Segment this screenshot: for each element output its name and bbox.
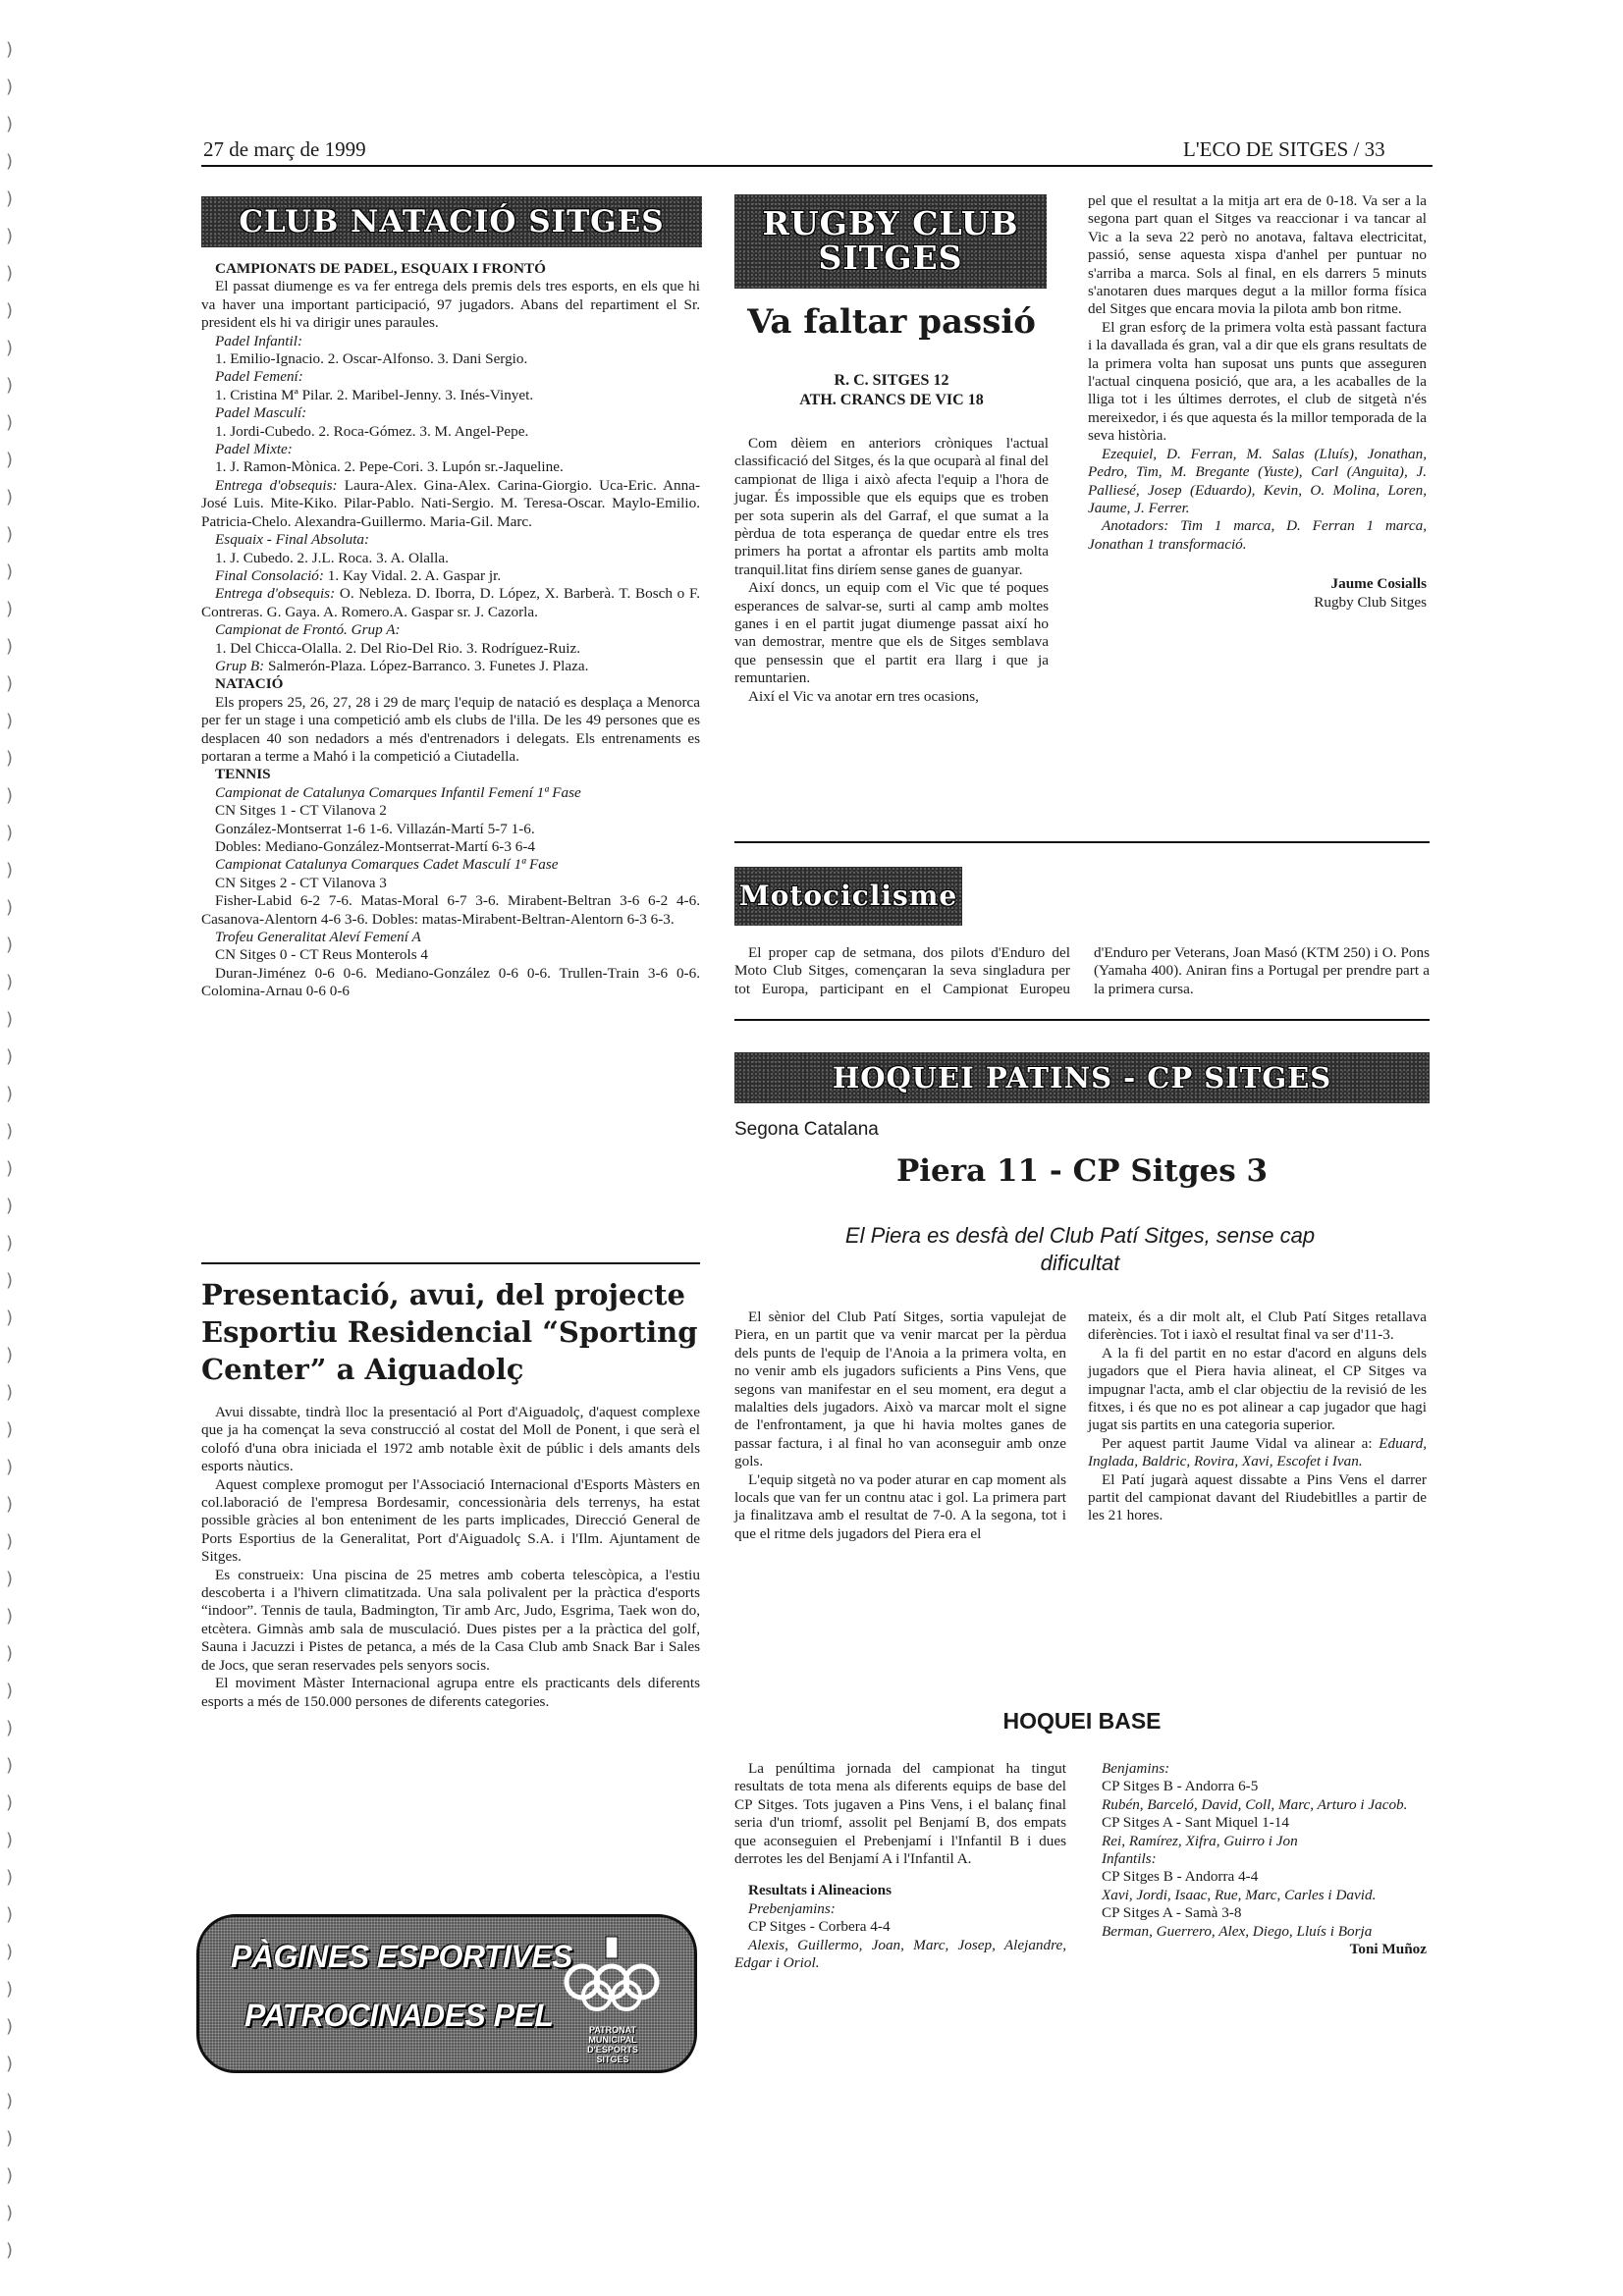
hoquei-subhead: El Piera es desfà del Club Patí Sitges, … <box>844 1222 1316 1277</box>
binder-hole-icon: ) <box>6 2203 13 2223</box>
article-paragraph: pel que el resultat a la mitja art era d… <box>1088 192 1427 319</box>
tennis-results: Fisher-Labid 6-2 7-6. Matas-Moral 6-7 3-… <box>201 892 700 929</box>
article-paragraph: Aquest complexe promogut per l'Associaci… <box>201 1476 700 1567</box>
consolacio-results: Final Consolació: 1. Kay Vidal. 2. A. Ga… <box>201 567 700 585</box>
binder-hole-icon: ) <box>6 599 13 619</box>
binder-hole-icon: ) <box>6 561 13 582</box>
binder-hole-icon: ) <box>6 1457 13 1477</box>
category-label: Prebenjamins: <box>734 1900 1066 1918</box>
moto-article: El proper cap de setmana, dos pilots d'E… <box>734 944 1430 998</box>
category-results: 1. Del Chicca-Olalla. 2. Del Rio-Del Rio… <box>201 640 700 658</box>
author-org: Rugby Club Sitges <box>1088 594 1427 612</box>
binder-hole-icon: ) <box>6 748 13 769</box>
binder-hole-icon: ) <box>6 1084 13 1104</box>
section-divider <box>201 1262 700 1264</box>
binder-hole-icon: ) <box>6 1345 13 1365</box>
binder-hole-icon: ) <box>6 860 13 881</box>
binder-hole-icon: ) <box>6 1681 13 1701</box>
patronat-logo-text: PATRONAT MUNICIPAL D'ESPORTS SITGES <box>578 2025 647 2064</box>
binder-margin: ))))))))))))))))))))))))))))))))))))))))… <box>0 0 26 2296</box>
section-divider <box>734 841 1430 843</box>
article-paragraph: Es construeix: Una piscina de 25 metres … <box>201 1567 700 1675</box>
article-paragraph: El gran esforç de la primera volta està … <box>1088 319 1427 446</box>
league-name: Segona Catalana <box>734 1119 879 1141</box>
match-score: CP Sitges B - Andorra 4-4 <box>1088 1868 1427 1886</box>
article-paragraph: Així doncs, un equip com el Vic que té p… <box>734 579 1049 687</box>
binder-hole-icon: ) <box>6 1270 13 1291</box>
article-paragraph: Com dèiem en anteriors cròniques l'actua… <box>734 435 1049 579</box>
category-label: Esquaix - Final Absoluta: <box>201 531 700 549</box>
section-banner-rugby: RUGBY CLUB SITGES <box>734 194 1047 289</box>
binder-hole-icon: ) <box>6 972 13 992</box>
binder-hole-icon: ) <box>6 1606 13 1627</box>
sporting-article: Avui dissabte, tindrà lloc la presentaci… <box>201 1404 700 1711</box>
binder-hole-icon: ) <box>6 1419 13 1440</box>
category-label: Campionat de Frontó. Grup A: <box>201 621 700 639</box>
rugby-column-2: pel que el resultat a la mitja art era d… <box>1088 192 1427 612</box>
banner-title: Motociclisme <box>739 881 958 910</box>
sporting-headline: Presentació, avui, del projecte Esportiu… <box>201 1276 702 1388</box>
hoquei-lineup: Per aquest partit Jaume Vidal va alinear… <box>1088 1435 1427 1471</box>
category-results: 1. Jordi-Cubedo. 2. Roca-Gómez. 3. M. An… <box>201 423 700 441</box>
binder-hole-icon: ) <box>6 188 13 209</box>
category-label: Benjamins: <box>1088 1760 1427 1778</box>
binder-hole-icon: ) <box>6 524 13 545</box>
hoquei-column-1: El sènior del Club Patí Sitges, sortia v… <box>734 1308 1066 1543</box>
binder-hole-icon: ) <box>6 1009 13 1030</box>
binder-hole-icon: ) <box>6 1643 13 1664</box>
tennis-competition: Campionat de Catalunya Comarques Infanti… <box>201 784 700 802</box>
player-list: Berman, Guerrero, Alex, Diego, Lluís i B… <box>1088 1923 1427 1941</box>
natacio-subhead: CAMPIONATS DE PADEL, ESQUAIX I FRONTÓ <box>201 260 700 278</box>
binder-hole-icon: ) <box>6 636 13 657</box>
next-match: El Patí jugarà aquest dissabte a Pins Ve… <box>1088 1471 1427 1525</box>
tennis-competition: Trofeu Generalitat Aleví Femení A <box>201 929 700 946</box>
binder-hole-icon: ) <box>6 823 13 843</box>
tennis-competition: Campionat Catalunya Comarques Cadet Masc… <box>201 856 700 874</box>
binder-hole-icon: ) <box>6 412 13 433</box>
natacio-article: CAMPIONATS DE PADEL, ESQUAIX I FRONTÓ El… <box>201 260 700 1001</box>
binder-hole-icon: ) <box>6 2165 13 2186</box>
binder-hole-icon: ) <box>6 2016 13 2037</box>
match-score: CP Sitges - Corbera 4-4 <box>734 1918 1066 1936</box>
score-away: ATH. CRANCS DE VIC 18 <box>734 391 1049 410</box>
binder-hole-icon: ) <box>6 1382 13 1403</box>
binder-hole-icon: ) <box>6 1046 13 1067</box>
ad-line-1: PÀGINES ESPORTIVES <box>231 1939 572 1975</box>
player-list: Rubén, Barceló, David, Coll, Marc, Artur… <box>1088 1796 1427 1814</box>
binder-hole-icon: ) <box>6 1718 13 1738</box>
tennis-score: CN Sitges 0 - CT Reus Monterols 4 <box>201 946 700 964</box>
hoquei-base-title: HOQUEI BASE <box>734 1708 1430 1735</box>
article-paragraph: El sènior del Club Patí Sitges, sortia v… <box>734 1308 1066 1471</box>
article-paragraph: El proper cap de setmana, dos pilots d'E… <box>734 944 1430 998</box>
binder-hole-icon: ) <box>6 338 13 358</box>
page-date: 27 de març de 1999 <box>203 137 366 162</box>
hoquei-headline: Piera 11 - CP Sitges 3 <box>734 1153 1430 1189</box>
ad-line-2: PATROCINADES PEL <box>244 1998 553 2034</box>
tennis-results: Duran-Jiménez 0-6 0-6. Mediano-González … <box>201 965 700 1001</box>
binder-hole-icon: ) <box>6 2091 13 2111</box>
category-results: 1. Emilio-Ignacio. 2. Oscar-Alfonso. 3. … <box>201 350 700 368</box>
category-results: 1. Cristina Mª Pilar. 2. Maribel-Jenny. … <box>201 387 700 404</box>
header-rule <box>201 165 1433 167</box>
obsequis-esquaix: Entrega d'obsequis: O. Nebleza. D. Iborr… <box>201 585 700 621</box>
section-divider <box>734 1019 1430 1021</box>
banner-title: RUGBY CLUB SITGES <box>734 207 1047 275</box>
binder-hole-icon: ) <box>6 1121 13 1142</box>
binder-hole-icon: ) <box>6 1942 13 1962</box>
rugby-lineup: Ezequiel, D. Ferran, M. Salas (Lluís), J… <box>1088 446 1427 518</box>
binder-hole-icon: ) <box>6 1196 13 1216</box>
binder-hole-icon: ) <box>6 785 13 806</box>
binder-hole-icon: ) <box>6 711 13 731</box>
binder-hole-icon: ) <box>6 375 13 396</box>
article-paragraph: L'equip sitgetà no va poder aturar en ca… <box>734 1471 1066 1544</box>
binder-hole-icon: ) <box>6 1979 13 2000</box>
section-banner-natacio: CLUB NATACIÓ SITGES <box>201 196 702 247</box>
article-paragraph: La penúltima jornada del campionat ha ti… <box>734 1760 1066 1868</box>
article-paragraph: El moviment Màster Internacional agrupa … <box>201 1675 700 1711</box>
category-results: 1. J. Cubedo. 2. J.L. Roca. 3. A. Olalla… <box>201 550 700 567</box>
score-home: R. C. SITGES 12 <box>734 371 1049 391</box>
binder-hole-icon: ) <box>6 1494 13 1515</box>
category-label: Padel Masculí: <box>201 404 700 422</box>
article-paragraph: Així el Vic va anotar ern tres ocasions, <box>734 688 1049 706</box>
binder-hole-icon: ) <box>6 263 13 284</box>
section-banner-moto: Motociclisme <box>734 867 962 926</box>
binder-hole-icon: ) <box>6 487 13 507</box>
player-list: Xavi, Jordi, Isaac, Rue, Marc, Carles i … <box>1088 1887 1427 1904</box>
tennis-results: Dobles: Mediano-González-Montserrat-Mart… <box>201 838 700 856</box>
obsequis-padel: Entrega d'obsequis: Laura-Alex. Gina-Ale… <box>201 477 700 531</box>
category-results: 1. J. Ramon-Mònica. 2. Pepe-Cori. 3. Lup… <box>201 458 700 476</box>
category-label: Infantils: <box>1088 1850 1427 1868</box>
player-list: Rei, Ramírez, Xifra, Guirro i Jon <box>1088 1833 1427 1850</box>
results-heading: Resultats i Alineacions <box>734 1882 1066 1899</box>
base-column-1: La penúltima jornada del campionat ha ti… <box>734 1760 1066 1972</box>
natacio-heading: NATACIÓ <box>201 675 700 693</box>
binder-hole-icon: ) <box>6 77 13 97</box>
binder-hole-icon: ) <box>6 226 13 246</box>
tennis-score: CN Sitges 1 - CT Vilanova 2 <box>201 802 700 820</box>
binder-hole-icon: ) <box>6 450 13 470</box>
author-name: Jaume Cosialls <box>1088 575 1427 593</box>
natacio-paragraph: Els propers 25, 26, 27, 28 i 29 de març … <box>201 694 700 767</box>
binder-hole-icon: ) <box>6 1569 13 1589</box>
tennis-results: González-Montserrat 1-6 1-6. Villazán-Ma… <box>201 821 700 838</box>
banner-title: HOQUEI PATINS - CP SITGES <box>833 1063 1331 1093</box>
sponsor-ad: PÀGINES ESPORTIVES PATROCINADES PEL PATR… <box>196 1914 697 2073</box>
tennis-score: CN Sitges 2 - CT Vilanova 3 <box>201 875 700 892</box>
binder-hole-icon: ) <box>6 114 13 134</box>
natacio-intro: El passat diumenge es va fer entrega del… <box>201 278 700 332</box>
binder-hole-icon: ) <box>6 1904 13 1925</box>
binder-hole-icon: ) <box>6 151 13 172</box>
category-label: Padel Mixte: <box>201 441 700 458</box>
category-label: Padel Infantil: <box>201 333 700 350</box>
binder-hole-icon: ) <box>6 2240 13 2261</box>
binder-hole-icon: ) <box>6 1531 13 1552</box>
binder-hole-icon: ) <box>6 1792 13 1813</box>
rugby-scoreline: R. C. SITGES 12 ATH. CRANCS DE VIC 18 <box>734 371 1049 410</box>
category-label: Padel Femení: <box>201 368 700 386</box>
binder-hole-icon: ) <box>6 1755 13 1776</box>
hoquei-column-2: mateix, és a dir molt alt, el Club Patí … <box>1088 1308 1427 1525</box>
rugby-scorers: Anotadors: Tim 1 marca, D. Ferran 1 marc… <box>1088 517 1427 554</box>
binder-hole-icon: ) <box>6 2128 13 2149</box>
tennis-heading: TENNIS <box>201 766 700 783</box>
player-list: Alexis, Guillermo, Joan, Marc, Josep, Al… <box>734 1937 1066 1973</box>
binder-hole-icon: ) <box>6 934 13 955</box>
author-name: Toni Muñoz <box>1088 1941 1427 1958</box>
banner-title: CLUB NATACIÓ SITGES <box>239 206 664 239</box>
base-column-2: Benjamins: CP Sitges B - Andorra 6-5 Rub… <box>1088 1760 1427 1958</box>
publication-page-number: L'ECO DE SITGES / 33 <box>1183 137 1385 162</box>
binder-hole-icon: ) <box>6 1867 13 1888</box>
article-paragraph: mateix, és a dir molt alt, el Club Patí … <box>1088 1308 1427 1345</box>
article-paragraph: Avui dissabte, tindrà lloc la presentaci… <box>201 1404 700 1476</box>
binder-hole-icon: ) <box>6 673 13 694</box>
binder-hole-icon: ) <box>6 1158 13 1179</box>
match-score: CP Sitges B - Andorra 6-5 <box>1088 1778 1427 1795</box>
match-score: CP Sitges A - Sant Miquel 1-14 <box>1088 1814 1427 1832</box>
binder-hole-icon: ) <box>6 1233 13 1254</box>
rugby-column-1: Com dèiem en anteriors cròniques l'actua… <box>734 435 1049 706</box>
rugby-headline: Va faltar passió <box>734 302 1049 342</box>
binder-hole-icon: ) <box>6 2054 13 2074</box>
section-banner-hoquei: HOQUEI PATINS - CP SITGES <box>734 1052 1430 1103</box>
article-paragraph: A la fi del partit en no estar d'acord e… <box>1088 1345 1427 1435</box>
binder-hole-icon: ) <box>6 1830 13 1850</box>
olympic-rings-logo-icon <box>559 1935 667 2013</box>
binder-hole-icon: ) <box>6 897 13 918</box>
grupb-results: Grup B: Salmerón-Plaza. López-Barranco. … <box>201 658 700 675</box>
binder-hole-icon: ) <box>6 1308 13 1328</box>
match-score: CP Sitges A - Samà 3-8 <box>1088 1904 1427 1922</box>
binder-hole-icon: ) <box>6 39 13 60</box>
binder-hole-icon: ) <box>6 300 13 321</box>
